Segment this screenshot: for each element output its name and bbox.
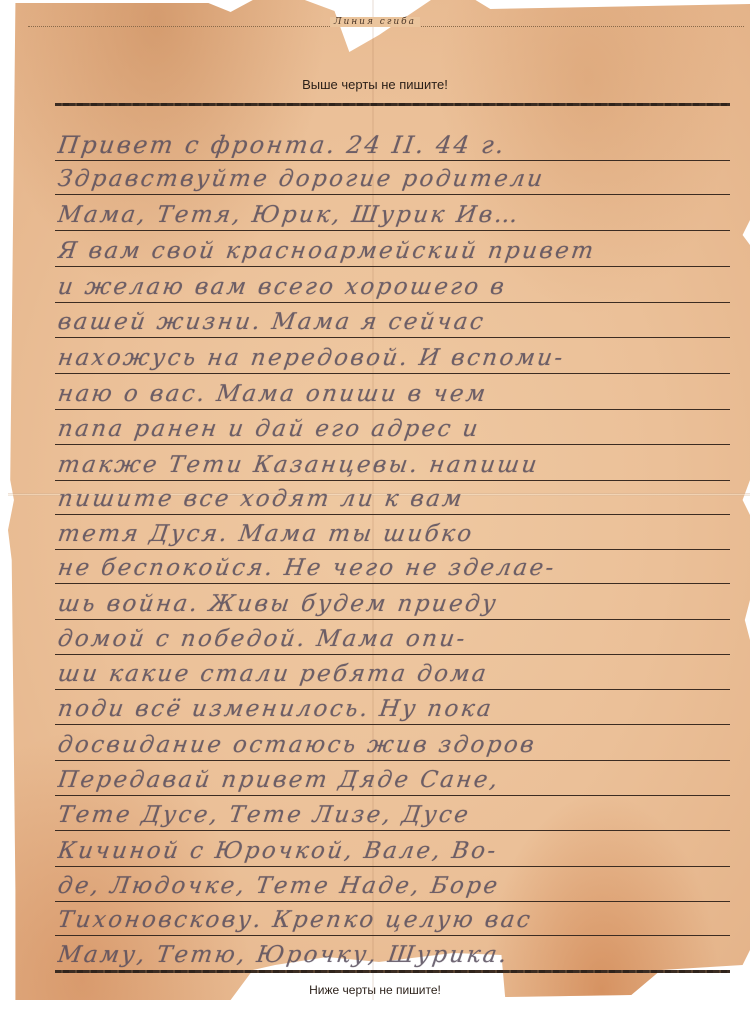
ruled-line xyxy=(55,514,730,515)
handwritten-line: Я вам свой красноармейский привет xyxy=(56,236,750,266)
handwritten-line: Тихоновскову. Крепко целую вас xyxy=(56,905,750,935)
letter-greeting-date: Привет с фронта. 24 II. 44 г. xyxy=(56,130,750,160)
bottom-warning: Ниже черты не пишите! xyxy=(0,983,750,997)
handwritten-line: домой с победой. Мама опи- xyxy=(56,624,750,654)
handwritten-line: и желаю вам всего хорошего в xyxy=(56,272,750,302)
handwritten-line: также Тети Казанцевы. напиши xyxy=(56,450,750,480)
handwritten-line: вашей жизни. Мама я сейчас xyxy=(56,307,750,337)
handwritten-line: нахожусь на передовой. И вспоми- xyxy=(56,343,750,373)
handwritten-line: не беспокойся. Не чего не зделае- xyxy=(56,553,750,583)
ruled-line xyxy=(55,302,730,303)
ruled-line xyxy=(55,830,730,831)
ruled-line xyxy=(55,935,730,936)
ruled-line xyxy=(55,160,730,161)
handwritten-line: Передавай привет Дяде Сане, xyxy=(56,765,750,795)
ruled-line xyxy=(55,266,730,267)
ruled-line xyxy=(55,549,730,550)
handwritten-line: Тете Дусе, Тете Лизе, Дусе xyxy=(56,800,750,830)
ruled-line xyxy=(55,619,730,620)
handwritten-line: де, Людочке, Тете Наде, Боре xyxy=(56,871,750,901)
ruled-line xyxy=(55,795,730,796)
ruled-line xyxy=(55,444,730,445)
handwritten-line: пишите все ходят ли к вам xyxy=(56,484,750,514)
handwritten-line: досвидание остаюсь жив здоров xyxy=(56,730,750,760)
ruled-line xyxy=(55,337,730,338)
ruled-line xyxy=(55,194,730,195)
ruled-line xyxy=(55,230,730,231)
ruled-line xyxy=(55,480,730,481)
ruled-line xyxy=(55,409,730,410)
handwritten-line: шь война. Живы будем приеду xyxy=(56,589,750,619)
ruled-line xyxy=(55,901,730,902)
handwritten-line: Маму, Тетю, Юрочку, Шурика. xyxy=(56,940,750,970)
ruled-line xyxy=(55,760,730,761)
handwritten-line: ши какие стали ребята дома xyxy=(56,659,750,689)
top-boundary-rule xyxy=(55,103,730,106)
ruled-line xyxy=(55,689,730,690)
ruled-line xyxy=(55,373,730,374)
top-warning: Выше черты не пишите! xyxy=(0,77,750,92)
handwritten-line: поди всё изменилось. Ну пока xyxy=(56,694,750,724)
handwritten-line: Здравствуйте дорогие родители xyxy=(56,164,750,194)
handwritten-line: папа ранен и дай его адрес и xyxy=(56,414,750,444)
ruled-line xyxy=(55,583,730,584)
handwritten-line: наю о вас. Мама опиши в чем xyxy=(56,379,750,409)
handwritten-line: Мама, Тетя, Юрик, Шурик Ив… xyxy=(56,200,750,230)
fold-caption: Линия сгиба xyxy=(0,17,750,27)
ruled-line xyxy=(55,654,730,655)
ruled-line xyxy=(55,724,730,725)
ruled-line xyxy=(55,866,730,867)
handwritten-line: Кичиной с Юрочкой, Вале, Во- xyxy=(56,836,750,866)
bottom-boundary-rule xyxy=(55,970,730,973)
handwritten-line: тетя Дуся. Мама ты шибко xyxy=(56,519,750,549)
